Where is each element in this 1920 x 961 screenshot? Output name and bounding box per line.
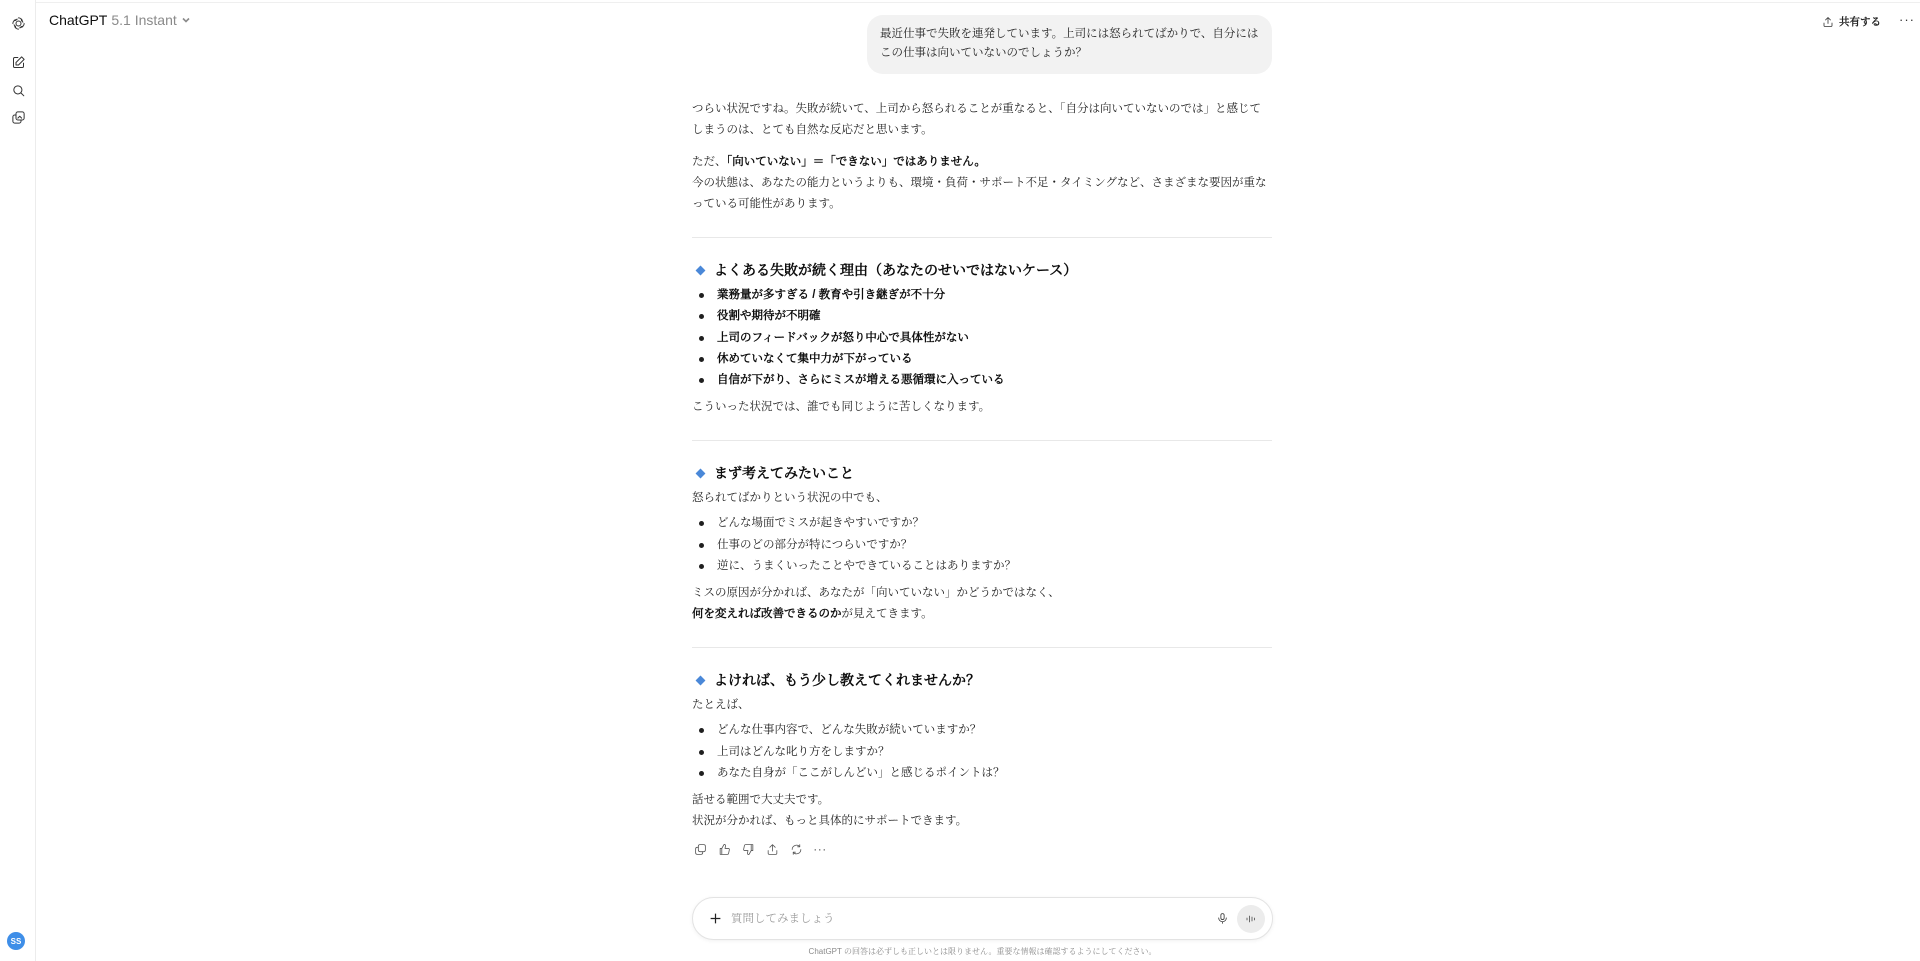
regenerate-button[interactable] [788, 841, 804, 857]
section-summary-line1: ミスの原因が分かれば、あなたが「向いていない」かどうかではなく、 [692, 583, 1272, 604]
avatar[interactable]: SS [7, 932, 25, 950]
blue-diamond-icon [696, 265, 706, 275]
list-item: 上司はどんな叱り方をしますか？ [692, 742, 1272, 763]
answer-point-bold: 「向いていない」＝「できない」ではありません。 [727, 156, 986, 168]
section-heading: まず考えてみたいこと [692, 462, 1272, 484]
blue-diamond-icon [696, 675, 706, 685]
section-heading: よくある失敗が続く理由（あなたのせいではないケース） [692, 259, 1272, 281]
assistant-message: つらい状況ですね。失敗が続いて、上司から怒られることが重なると、「自分は向いてい… [692, 99, 1272, 832]
answer-point-detail: 今の状態は、あなたの能力というよりも、環境・負荷・サポート不足・タイミングなど、… [692, 173, 1272, 215]
voice-mode-button[interactable] [1237, 905, 1265, 933]
sidebar-rail: SS [0, 0, 36, 961]
list-item: 役割や期待が不明確 [692, 306, 1272, 327]
composer [692, 897, 1273, 940]
copy-button[interactable] [692, 841, 708, 857]
list-item: 逆に、うまくいったことやできていることはありますか？ [692, 556, 1272, 577]
section-think-first: まず考えてみたいこと 怒られてばかりという状況の中でも、 どんな場面でミスが起き… [692, 462, 1272, 625]
list-item: 自信が下がり、さらにミスが増える悪循環に入っている [692, 370, 1272, 391]
reasons-list: 業務量が多すぎる / 教育や引き継ぎが不十分 役割や期待が不明確 上司のフィード… [692, 285, 1272, 391]
search-icon[interactable] [8, 80, 28, 100]
plus-icon [709, 912, 722, 925]
list-item: どんな場面でミスが起きやすいですか？ [692, 513, 1272, 534]
list-item: 仕事のどの部分が特につらいですか？ [692, 535, 1272, 556]
thumbs-up-icon [718, 843, 731, 856]
list-item: 業務量が多すぎる / 教育や引き継ぎが不十分 [692, 285, 1272, 306]
section-lead: 怒られてばかりという状況の中でも、 [692, 488, 1272, 509]
section-reasons: よくある失敗が続く理由（あなたのせいではないケース） 業務量が多すぎる / 教育… [692, 259, 1272, 418]
microphone-icon [1216, 912, 1229, 925]
thumbs-down-icon [742, 843, 755, 856]
library-icon[interactable] [8, 107, 28, 127]
blue-diamond-icon [696, 469, 706, 479]
divider [692, 237, 1272, 238]
list-item: 上司のフィードバックが怒り中心で具体性がない [692, 328, 1272, 349]
thumbs-down-button[interactable] [740, 841, 756, 857]
section-summary-line2: 何を変えれば改善できるのかが見えてきます。 [692, 604, 1272, 625]
more-options-button[interactable]: ··· [1899, 12, 1915, 27]
closing-line2: 状況が分かれば、もっと具体的にサポートできます。 [692, 811, 1272, 832]
new-chat-icon[interactable] [8, 52, 28, 72]
message-actions: ··· [692, 841, 828, 857]
dictate-button[interactable] [1213, 910, 1231, 928]
section-heading: よければ、もう少し教えてくれませんか？ [692, 669, 1272, 691]
app-title: ChatGPT [49, 12, 107, 28]
top-border [0, 0, 1920, 3]
closing-line1: 話せる範囲で大丈夫です。 [692, 790, 1272, 811]
answer-point: ただ、「向いていない」＝「できない」ではありません。 [692, 152, 1272, 173]
list-item: あなた自身が「ここがしんどい」と感じるポイントは？ [692, 763, 1272, 784]
section-tell-more: よければ、もう少し教えてくれませんか？ たとえば、 どんな仕事内容で、どんな失敗… [692, 669, 1272, 832]
divider [692, 647, 1272, 648]
answer-intro: つらい状況ですね。失敗が続いて、上司から怒られることが重なると、「自分は向いてい… [692, 99, 1272, 141]
model-name: 5.1 Instant [111, 12, 176, 28]
share-icon [766, 843, 779, 856]
more-actions-button[interactable]: ··· [812, 841, 828, 857]
thumbs-up-button[interactable] [716, 841, 732, 857]
attach-button[interactable] [705, 909, 725, 929]
share-button[interactable]: 共有する [1822, 14, 1881, 29]
questions-list: どんな仕事内容で、どんな失敗が続いていますか？ 上司はどんな叱り方をしますか？ … [692, 720, 1272, 784]
list-item: 休めていなくて集中力が下がっている [692, 349, 1272, 370]
share-icon [1822, 16, 1834, 28]
section-summary: こういった状況では、誰でも同じように苦しくなります。 [692, 397, 1272, 418]
message-input[interactable] [731, 913, 1213, 925]
section-lead: たとえば、 [692, 695, 1272, 716]
copy-icon [694, 843, 707, 856]
share-label: 共有する [1839, 14, 1881, 29]
share-response-button[interactable] [764, 841, 780, 857]
list-item: どんな仕事内容で、どんな失敗が続いていますか？ [692, 720, 1272, 741]
voice-waveform-icon [1245, 913, 1257, 925]
model-selector[interactable]: ChatGPT 5.1 Instant [49, 12, 191, 28]
regenerate-icon [790, 843, 803, 856]
divider [692, 440, 1272, 441]
chevron-down-icon [181, 15, 191, 25]
user-message: 最近仕事で失敗を連発しています。上司には怒られてばかりで、自分にはこの仕事は向い… [867, 15, 1272, 74]
questions-list: どんな場面でミスが起きやすいですか？ 仕事のどの部分が特につらいですか？ 逆に、… [692, 513, 1272, 577]
disclaimer: ChatGPT の回答は必ずしも正しいとは限りません。重要な情報は確認するように… [692, 946, 1273, 957]
openai-logo-icon[interactable] [8, 13, 28, 33]
